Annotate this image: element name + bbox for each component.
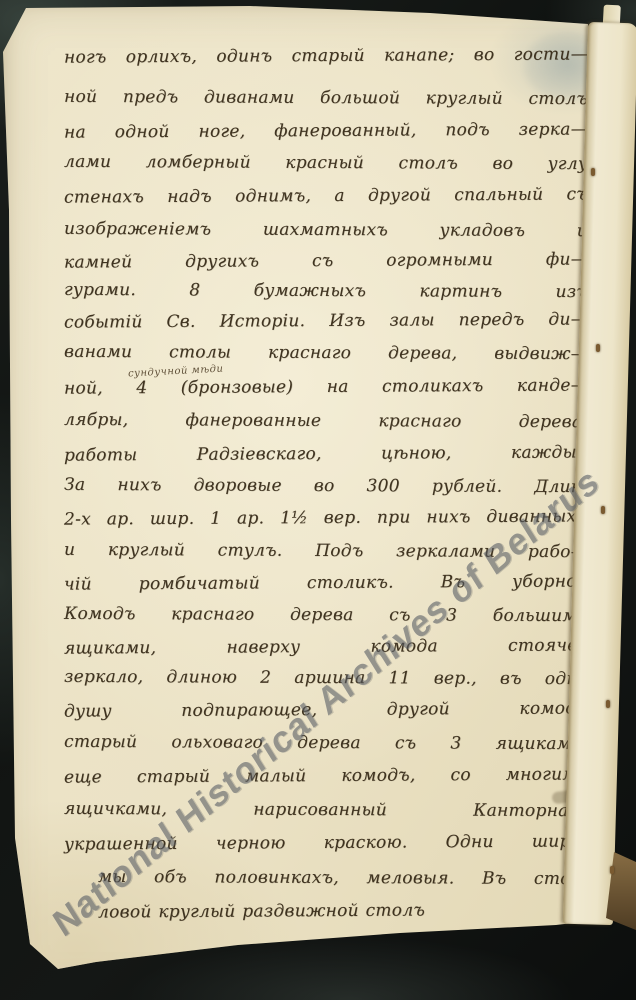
manuscript-line: изображеніемъ шахматныхъ укладовъ и [64,219,588,251]
binding-stitch [591,168,595,176]
manuscript-line: ногъ орлихъ, одинъ старый канапе; во гос… [64,44,588,77]
binding-stitch [596,344,600,352]
binding-stitch [601,506,605,514]
manuscript-line: лябры, фанерованные краснаго дерева, [64,410,588,442]
document-photo: ногъ орлихъ, одинъ старый канапе; во гос… [0,0,636,1000]
manuscript-line: лами ломберный красный столъ во углу [64,152,588,184]
manuscript-line: камней другихъ съ огромными фи— [64,249,588,282]
manuscript-line: мы объ половинкахъ, меловыя. Въ сто— [98,867,588,899]
manuscript-line: ловой круглый раздвижной столъ [98,900,578,933]
manuscript-line: работы Радзіевскаго, цѣною, каждый [64,442,588,475]
manuscript-line: Комодъ краснаго дерева съ 3 большими [64,604,588,636]
manuscript-line: на одной ноге, фанерованный, подъ зерка— [64,119,588,152]
manuscript-line: чій ромбичатый столикъ. Въ уборной [64,571,588,604]
manuscript-line: ящичками, нарисованный Канторнаго [64,799,588,831]
binding-stitch [610,866,614,874]
manuscript-line: ной предъ диванами большой круглый столъ [64,87,588,119]
manuscript-line: старый ольховаго дерева съ 3 ящиками, [64,732,588,764]
binding-stitch [606,700,610,708]
manuscript-line: За нихъ дворовые во 300 рублей. Длин. [64,475,588,507]
manuscript-line: ной, 4 (бронзовые) на столикахъ канде— [64,375,588,408]
manuscript-line: ящиками, наверху комода стоячее [64,635,588,668]
manuscript-line: еще старый малый комодъ, со многими [64,764,588,797]
manuscript-line: стенахъ надъ однимъ, а другой спальный с… [64,184,588,217]
manuscript-line: гурами. 8 бумажныхъ картинъ изъ [64,280,588,312]
manuscript-line: событій Св. Исторіи. Изъ залы передъ ди— [64,309,588,342]
